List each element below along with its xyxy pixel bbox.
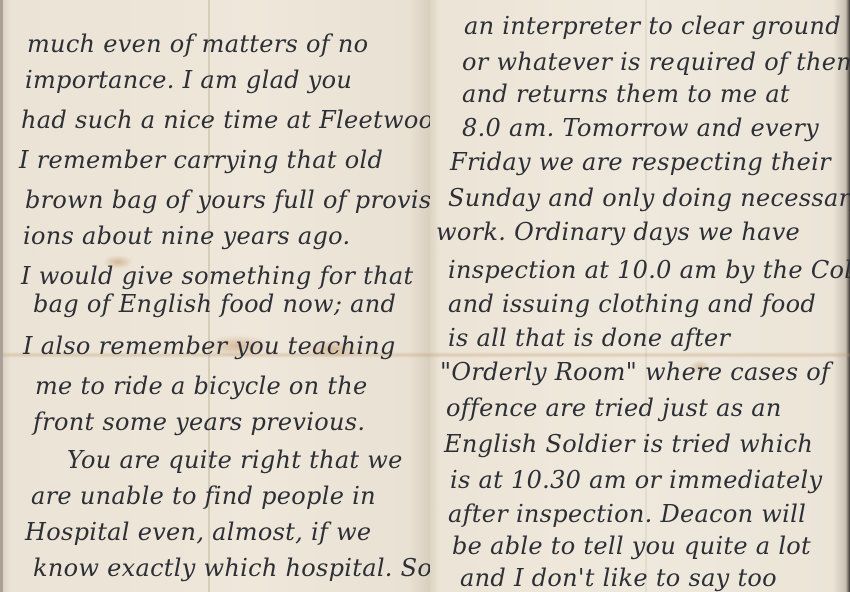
text-line: is at 10.30 am or immediately bbox=[450, 466, 822, 494]
text-line: is all that is done after bbox=[448, 324, 730, 352]
letter-spread: much even of matters of no importance. I… bbox=[0, 0, 850, 592]
text-line: "Orderly Room" where cases of bbox=[440, 358, 830, 386]
text-line: know exactly which hospital. So bbox=[33, 554, 430, 582]
text-line: I also remember you teaching bbox=[23, 332, 396, 360]
text-line: I remember carrying that old bbox=[19, 146, 383, 174]
text-line: Hospital even, almost, if we bbox=[25, 518, 371, 546]
text-line: offence are tried just as an bbox=[446, 394, 782, 422]
text-line: and I don't like to say too bbox=[460, 564, 777, 592]
text-line: and issuing clothing and food bbox=[448, 290, 816, 318]
text-line: English Soldier is tried which bbox=[444, 430, 813, 458]
text-line: much even of matters of no bbox=[27, 30, 368, 58]
text-line: are unable to find people in bbox=[31, 482, 376, 510]
text-line: me to ride a bicycle on the bbox=[35, 372, 368, 400]
text-line: Friday we are respecting their bbox=[450, 148, 831, 176]
text-line: inspection at 10.0 am by the Colonel bbox=[448, 256, 850, 284]
text-line: after inspection. Deacon will bbox=[448, 500, 806, 528]
text-line: be able to tell you quite a lot bbox=[452, 532, 811, 560]
text-line: importance. I am glad you bbox=[25, 66, 352, 94]
right-page: an interpreter to clear ground or whatev… bbox=[430, 0, 850, 592]
left-page: much even of matters of no importance. I… bbox=[0, 0, 430, 592]
text-line: work. Ordinary days we have bbox=[436, 218, 800, 246]
text-line: Sunday and only doing necessary bbox=[448, 184, 850, 212]
text-line: I would give something for that bbox=[21, 262, 413, 290]
text-line: You are quite right that we bbox=[67, 446, 403, 474]
text-line: ions about nine years ago. bbox=[23, 222, 350, 250]
text-line: 8.0 am. Tomorrow and every bbox=[462, 114, 819, 142]
text-line: an interpreter to clear ground bbox=[464, 12, 841, 40]
text-line: and returns them to me at bbox=[462, 80, 790, 108]
text-line: had such a nice time at Fleetwood bbox=[21, 106, 430, 134]
text-line: front some years previous. bbox=[33, 408, 365, 436]
text-line: bag of English food now; and bbox=[33, 290, 396, 318]
text-line: brown bag of yours full of provis- bbox=[25, 186, 430, 214]
text-line: or whatever is required of them. bbox=[462, 48, 850, 76]
